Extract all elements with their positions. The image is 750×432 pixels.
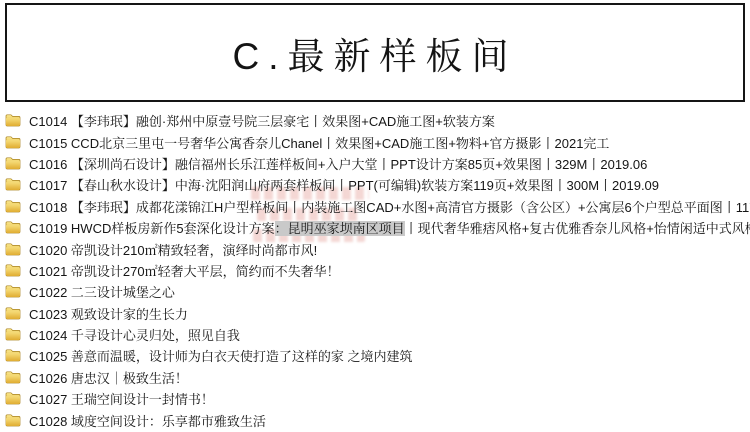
- list-item-c1021[interactable]: C1021 帝凯设计270㎡轻奢大平层，简约而不失奢华！: [0, 260, 750, 281]
- folder-icon: [5, 391, 21, 405]
- list-item-label: C1023 观致设计家的生长力: [29, 304, 188, 323]
- list-item-c1015[interactable]: C1015 CCD北京三里屯一号奢华公寓香奈儿Chanel丨效果图+CAD施工图…: [0, 131, 750, 152]
- file-list: C1014 【李玮珉】融创·郑州中原壹号院三层豪宅丨效果图+CAD施工图+软装方…: [0, 110, 750, 431]
- folder-icon: [5, 177, 21, 191]
- list-item-label: C1026 唐忠汉｜极致生活！: [29, 368, 188, 387]
- label-post: 丨现代奢华雅痞风格+复古优雅香奈儿风格+怡情闲适中式风格+NOVA: [405, 221, 750, 236]
- list-item-c1023[interactable]: C1023 观致设计家的生长力: [0, 303, 750, 324]
- folder-icon: [5, 306, 21, 320]
- label-search-highlight: ：昆明巫家坝南区项目: [275, 221, 405, 236]
- list-item-c1017[interactable]: C1017 【春山秋水设计】中海·沈阳润山府两套样板间丨PPT(可编辑)软装方案…: [0, 174, 750, 195]
- folder-icon: [5, 242, 21, 256]
- list-item-c1019[interactable]: C1019 HWCD样板房新作5套深化设计方案：昆明巫家坝南区项目丨现代奢华雅痞…: [0, 217, 750, 238]
- list-item-label: C1028 域度空间设计：乐享都市雅致生活: [29, 411, 266, 430]
- list-item-c1026[interactable]: C1026 唐忠汉｜极致生活！: [0, 367, 750, 388]
- label-pre: C1019 HWCD样板房新作5套深化设计方案: [29, 221, 275, 236]
- folder-icon: [5, 199, 21, 213]
- list-item-label: C1020 帝凯设计210㎡精致轻奢，演绎时尚都市风!: [29, 240, 317, 259]
- list-item-label: C1024 千寻设计心灵归处，照见自我: [29, 325, 240, 344]
- folder-icon: [5, 263, 21, 277]
- list-item-c1020[interactable]: C1020 帝凯设计210㎡精致轻奢，演绎时尚都市风!: [0, 238, 750, 259]
- list-item-c1014[interactable]: C1014 【李玮珉】融创·郑州中原壹号院三层豪宅丨效果图+CAD施工图+软装方…: [0, 110, 750, 131]
- folder-icon: [5, 370, 21, 384]
- list-item-label: C1027 王瑞空间设计一封情书！: [29, 389, 214, 408]
- folder-icon: [5, 156, 21, 170]
- folder-icon: [5, 284, 21, 298]
- list-item-label: C1025 善意而温暖，设计师为白衣天使打造了这样的家 之境内建筑: [29, 346, 413, 365]
- list-item-label: C1022 二三设计城堡之心: [29, 282, 175, 301]
- folder-icon: [5, 413, 21, 427]
- list-item-label: C1017 【春山秋水设计】中海·沈阳润山府两套样板间丨PPT(可编辑)软装方案…: [29, 175, 659, 194]
- list-item-label: C1018 【李玮珉】成都花漾锦江H户型样板间丨内装施工图CAD+水图+高清官方…: [29, 197, 750, 216]
- list-item-c1018[interactable]: C1018 【李玮珉】成都花漾锦江H户型样板间丨内装施工图CAD+水图+高清官方…: [0, 196, 750, 217]
- folder-icon: [5, 348, 21, 362]
- list-item-c1028[interactable]: C1028 域度空间设计：乐享都市雅致生活: [0, 409, 750, 430]
- folder-icon: [5, 220, 21, 234]
- page-title: C.最新样板间: [233, 26, 518, 80]
- list-item-label: C1021 帝凯设计270㎡轻奢大平层，简约而不失奢华！: [29, 261, 340, 280]
- list-item-c1022[interactable]: C1022 二三设计城堡之心: [0, 281, 750, 302]
- list-item-c1027[interactable]: C1027 王瑞空间设计一封情书！: [0, 388, 750, 409]
- list-item-c1016[interactable]: C1016 【深圳尚石设计】融信福州长乐江莲样板间+入户大堂丨PPT设计方案85…: [0, 153, 750, 174]
- list-item-label: C1019 HWCD样板房新作5套深化设计方案：昆明巫家坝南区项目丨现代奢华雅痞…: [29, 218, 750, 237]
- list-item-label: C1016 【深圳尚石设计】融信福州长乐江莲样板间+入户大堂丨PPT设计方案85…: [29, 154, 647, 173]
- list-item-label: C1015 CCD北京三里屯一号奢华公寓香奈儿Chanel丨效果图+CAD施工图…: [29, 133, 609, 152]
- list-item-c1025[interactable]: C1025 善意而温暖，设计师为白衣天使打造了这样的家 之境内建筑: [0, 345, 750, 366]
- folder-icon: [5, 113, 21, 127]
- folder-icon: [5, 135, 21, 149]
- list-item-c1024[interactable]: C1024 千寻设计心灵归处，照见自我: [0, 324, 750, 345]
- section-header: C.最新样板间: [5, 3, 745, 102]
- folder-icon: [5, 327, 21, 341]
- list-item-label: C1014 【李玮珉】融创·郑州中原壹号院三层豪宅丨效果图+CAD施工图+软装方…: [29, 111, 495, 130]
